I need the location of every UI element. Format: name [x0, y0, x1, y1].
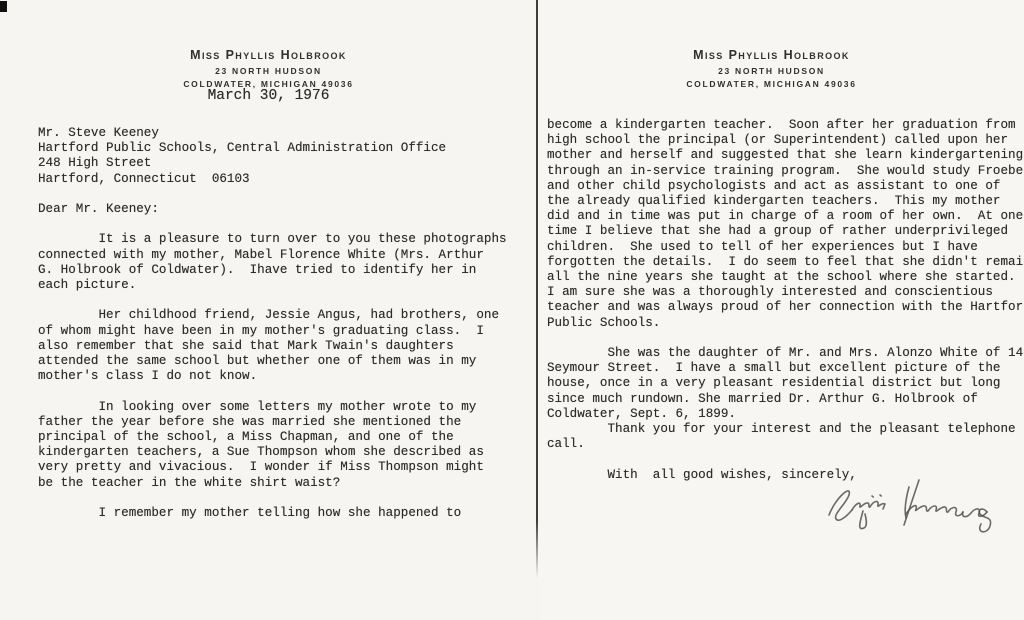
letter-date: March 30, 1976: [0, 88, 537, 105]
scan-corner-artifact: [0, 1, 7, 12]
letter-body-page-1: It is a pleasure to turn over to you the…: [38, 232, 507, 521]
page-seam-divider: [536, 0, 538, 578]
letterhead-name: Miss Phyllis Holbrook: [539, 48, 1004, 62]
letterhead-city: COLDWATER, MICHIGAN 49036: [539, 79, 1004, 89]
letterhead: Miss Phyllis Holbrook 23 NORTH HUDSON CO…: [539, 48, 1004, 89]
letterhead-street: 23 NORTH HUDSON: [539, 66, 1004, 76]
page-1-text-column: Mr. Steve Keeney Hartford Public Schools…: [38, 126, 507, 521]
handwritten-signature: [819, 473, 1014, 548]
letter-page-1: Miss Phyllis Holbrook 23 NORTH HUDSON CO…: [0, 0, 537, 620]
recipient-address: Mr. Steve Keeney Hartford Public Schools…: [38, 126, 507, 187]
letterhead-street: 23 NORTH HUDSON: [0, 66, 537, 76]
letterhead: Miss Phyllis Holbrook 23 NORTH HUDSON CO…: [0, 48, 537, 89]
letterhead-name: Miss Phyllis Holbrook: [0, 48, 537, 62]
scanned-letter: Miss Phyllis Holbrook 23 NORTH HUDSON CO…: [0, 0, 1024, 620]
letter-page-2: Miss Phyllis Holbrook 23 NORTH HUDSON CO…: [539, 0, 1024, 620]
page-2-text-column: become a kindergarten teacher. Soon afte…: [547, 118, 1024, 483]
letter-body-page-2: become a kindergarten teacher. Soon afte…: [547, 118, 1024, 452]
signature-scribble: [819, 473, 1014, 548]
salutation: Dear Mr. Keeney:: [38, 202, 507, 217]
